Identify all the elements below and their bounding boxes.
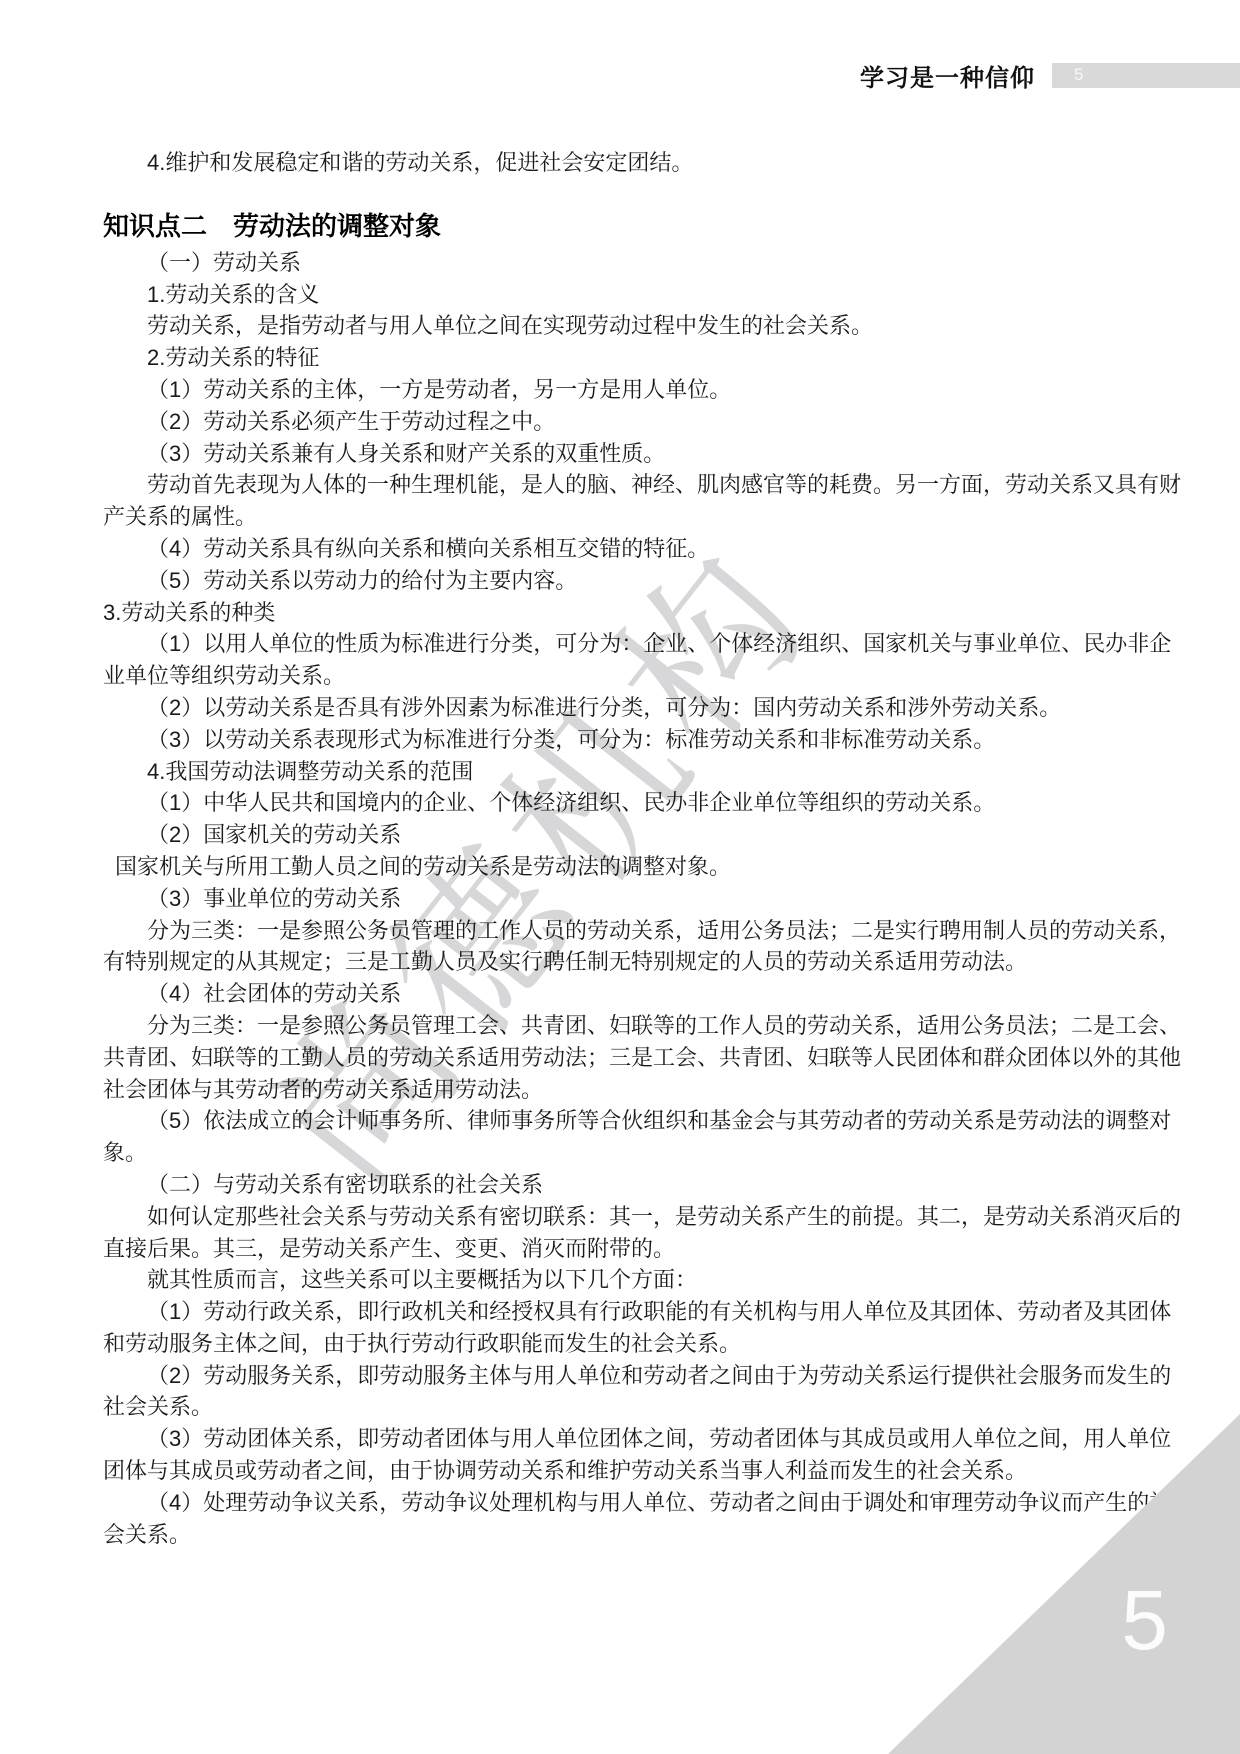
text-line: 象。: [103, 1137, 1142, 1169]
text-line: 如何认定那些社会关系与劳动关系有密切联系：其一，是劳动关系产生的前提。其二，是劳…: [103, 1201, 1142, 1233]
text-line: （1）劳动关系的主体，一方是劳动者，另一方是用人单位。: [103, 374, 1142, 406]
text-line: 社会关系。: [103, 1391, 1142, 1423]
text-line: 业单位等组织劳动关系。: [103, 660, 1142, 692]
text-line: 会关系。: [103, 1519, 1142, 1551]
text-line: 4.维护和发展稳定和谐的劳动关系，促进社会安定团结。: [103, 147, 1142, 179]
corner-page-number: 5: [1121, 1578, 1168, 1662]
text-line: 分为三类：一是参照公务员管理工会、共青团、妇联等的工作人员的劳动关系，适用公务员…: [103, 1010, 1142, 1042]
text-line: （2）劳动关系必须产生于劳动过程之中。: [103, 406, 1142, 438]
page-header: 学习是一种信仰 5: [0, 55, 1240, 95]
text-line: 共青团、妇联等的工勤人员的劳动关系适用劳动法；三是工会、共青团、妇联等人民团体和…: [103, 1042, 1142, 1074]
text-line: （4）劳动关系具有纵向关系和横向关系相互交错的特征。: [103, 533, 1142, 565]
text-line: （3）劳动团体关系，即劳动者团体与用人单位团体之间，劳动者团体与其成员或用人单位…: [103, 1423, 1142, 1455]
section-heading: 知识点二 劳动法的调整对象: [103, 209, 1142, 243]
text-line: （二）与劳动关系有密切联系的社会关系: [103, 1169, 1142, 1201]
text-line: （5）依法成立的会计师事务所、律师事务所等合伙组织和基金会与其劳动者的劳动关系是…: [103, 1105, 1142, 1137]
text-line: 1.劳动关系的含义: [103, 279, 1142, 311]
text-line: 2.劳动关系的特征: [103, 342, 1142, 374]
text-line: （3）事业单位的劳动关系: [103, 883, 1142, 915]
text-line: 和劳动服务主体之间，由于执行劳动行政职能而发生的社会关系。: [103, 1328, 1142, 1360]
text-line: （2）国家机关的劳动关系: [103, 819, 1142, 851]
header-page-number: 5: [1074, 65, 1083, 85]
header-page-number-bar: 5: [1052, 63, 1240, 88]
text-line: 3.劳动关系的种类: [103, 597, 1142, 629]
text-line: 产关系的属性。: [103, 501, 1142, 533]
text-line: （1）以用人单位的性质为标准进行分类，可分为：企业、个体经济组织、国家机关与事业…: [103, 628, 1142, 660]
text-line: 国家机关与所用工勤人员之间的劳动关系是劳动法的调整对象。: [103, 851, 1142, 883]
text-line: （4）处理劳动争议关系，劳动争议处理机构与用人单位、劳动者之间由于调处和审理劳动…: [103, 1487, 1142, 1519]
text-line: 团体与其成员或劳动者之间，由于协调劳动关系和维护劳动关系当事人利益而发生的社会关…: [103, 1455, 1142, 1487]
text-line: 社会团体与其劳动者的劳动关系适用劳动法。: [103, 1074, 1142, 1106]
document-page: 学习是一种信仰 5 尚德机构 4.维护和发展稳定和谐的劳动关系，促进社会安定团结…: [0, 0, 1240, 1754]
text-line: 4.我国劳动法调整劳动关系的范围: [103, 756, 1142, 788]
text-line: 分为三类：一是参照公务员管理的工作人员的劳动关系，适用公务员法；二是实行聘用制人…: [103, 915, 1142, 947]
text-line: （一）劳动关系: [103, 247, 1142, 279]
text-line: （5）劳动关系以劳动力的给付为主要内容。: [103, 565, 1142, 597]
text-line: [103, 179, 1142, 209]
text-line: （3）劳动关系兼有人身关系和财产关系的双重性质。: [103, 438, 1142, 470]
text-line: 劳动关系，是指劳动者与用人单位之间在实现劳动过程中发生的社会关系。: [103, 310, 1142, 342]
header-slogan: 学习是一种信仰: [860, 58, 1035, 93]
text-line: 劳动首先表现为人体的一种生理机能，是人的脑、神经、肌肉感官等的耗费。另一方面，劳…: [103, 469, 1142, 501]
text-line: 就其性质而言，这些关系可以主要概括为以下几个方面：: [103, 1264, 1142, 1296]
text-line: （4）社会团体的劳动关系: [103, 978, 1142, 1010]
text-line: 直接后果。其三，是劳动关系产生、变更、消灭而附带的。: [103, 1233, 1142, 1265]
text-line: 有特别规定的从其规定；三是工勤人员及实行聘任制无特别规定的人员的劳动关系适用劳动…: [103, 946, 1142, 978]
text-line: （2）劳动服务关系，即劳动服务主体与用人单位和劳动者之间由于为劳动关系运行提供社…: [103, 1360, 1142, 1392]
content-area: 4.维护和发展稳定和谐的劳动关系，促进社会安定团结。知识点二 劳动法的调整对象（…: [103, 147, 1142, 1550]
text-line: （1）劳动行政关系，即行政机关和经授权具有行政职能的有关机构与用人单位及其团体、…: [103, 1296, 1142, 1328]
text-line: （1）中华人民共和国境内的企业、个体经济组织、民办非企业单位等组织的劳动关系。: [103, 787, 1142, 819]
text-line: （2）以劳动关系是否具有涉外因素为标准进行分类，可分为：国内劳动关系和涉外劳动关…: [103, 692, 1142, 724]
text-line: （3）以劳动关系表现形式为标准进行分类，可分为：标准劳动关系和非标准劳动关系。: [103, 724, 1142, 756]
